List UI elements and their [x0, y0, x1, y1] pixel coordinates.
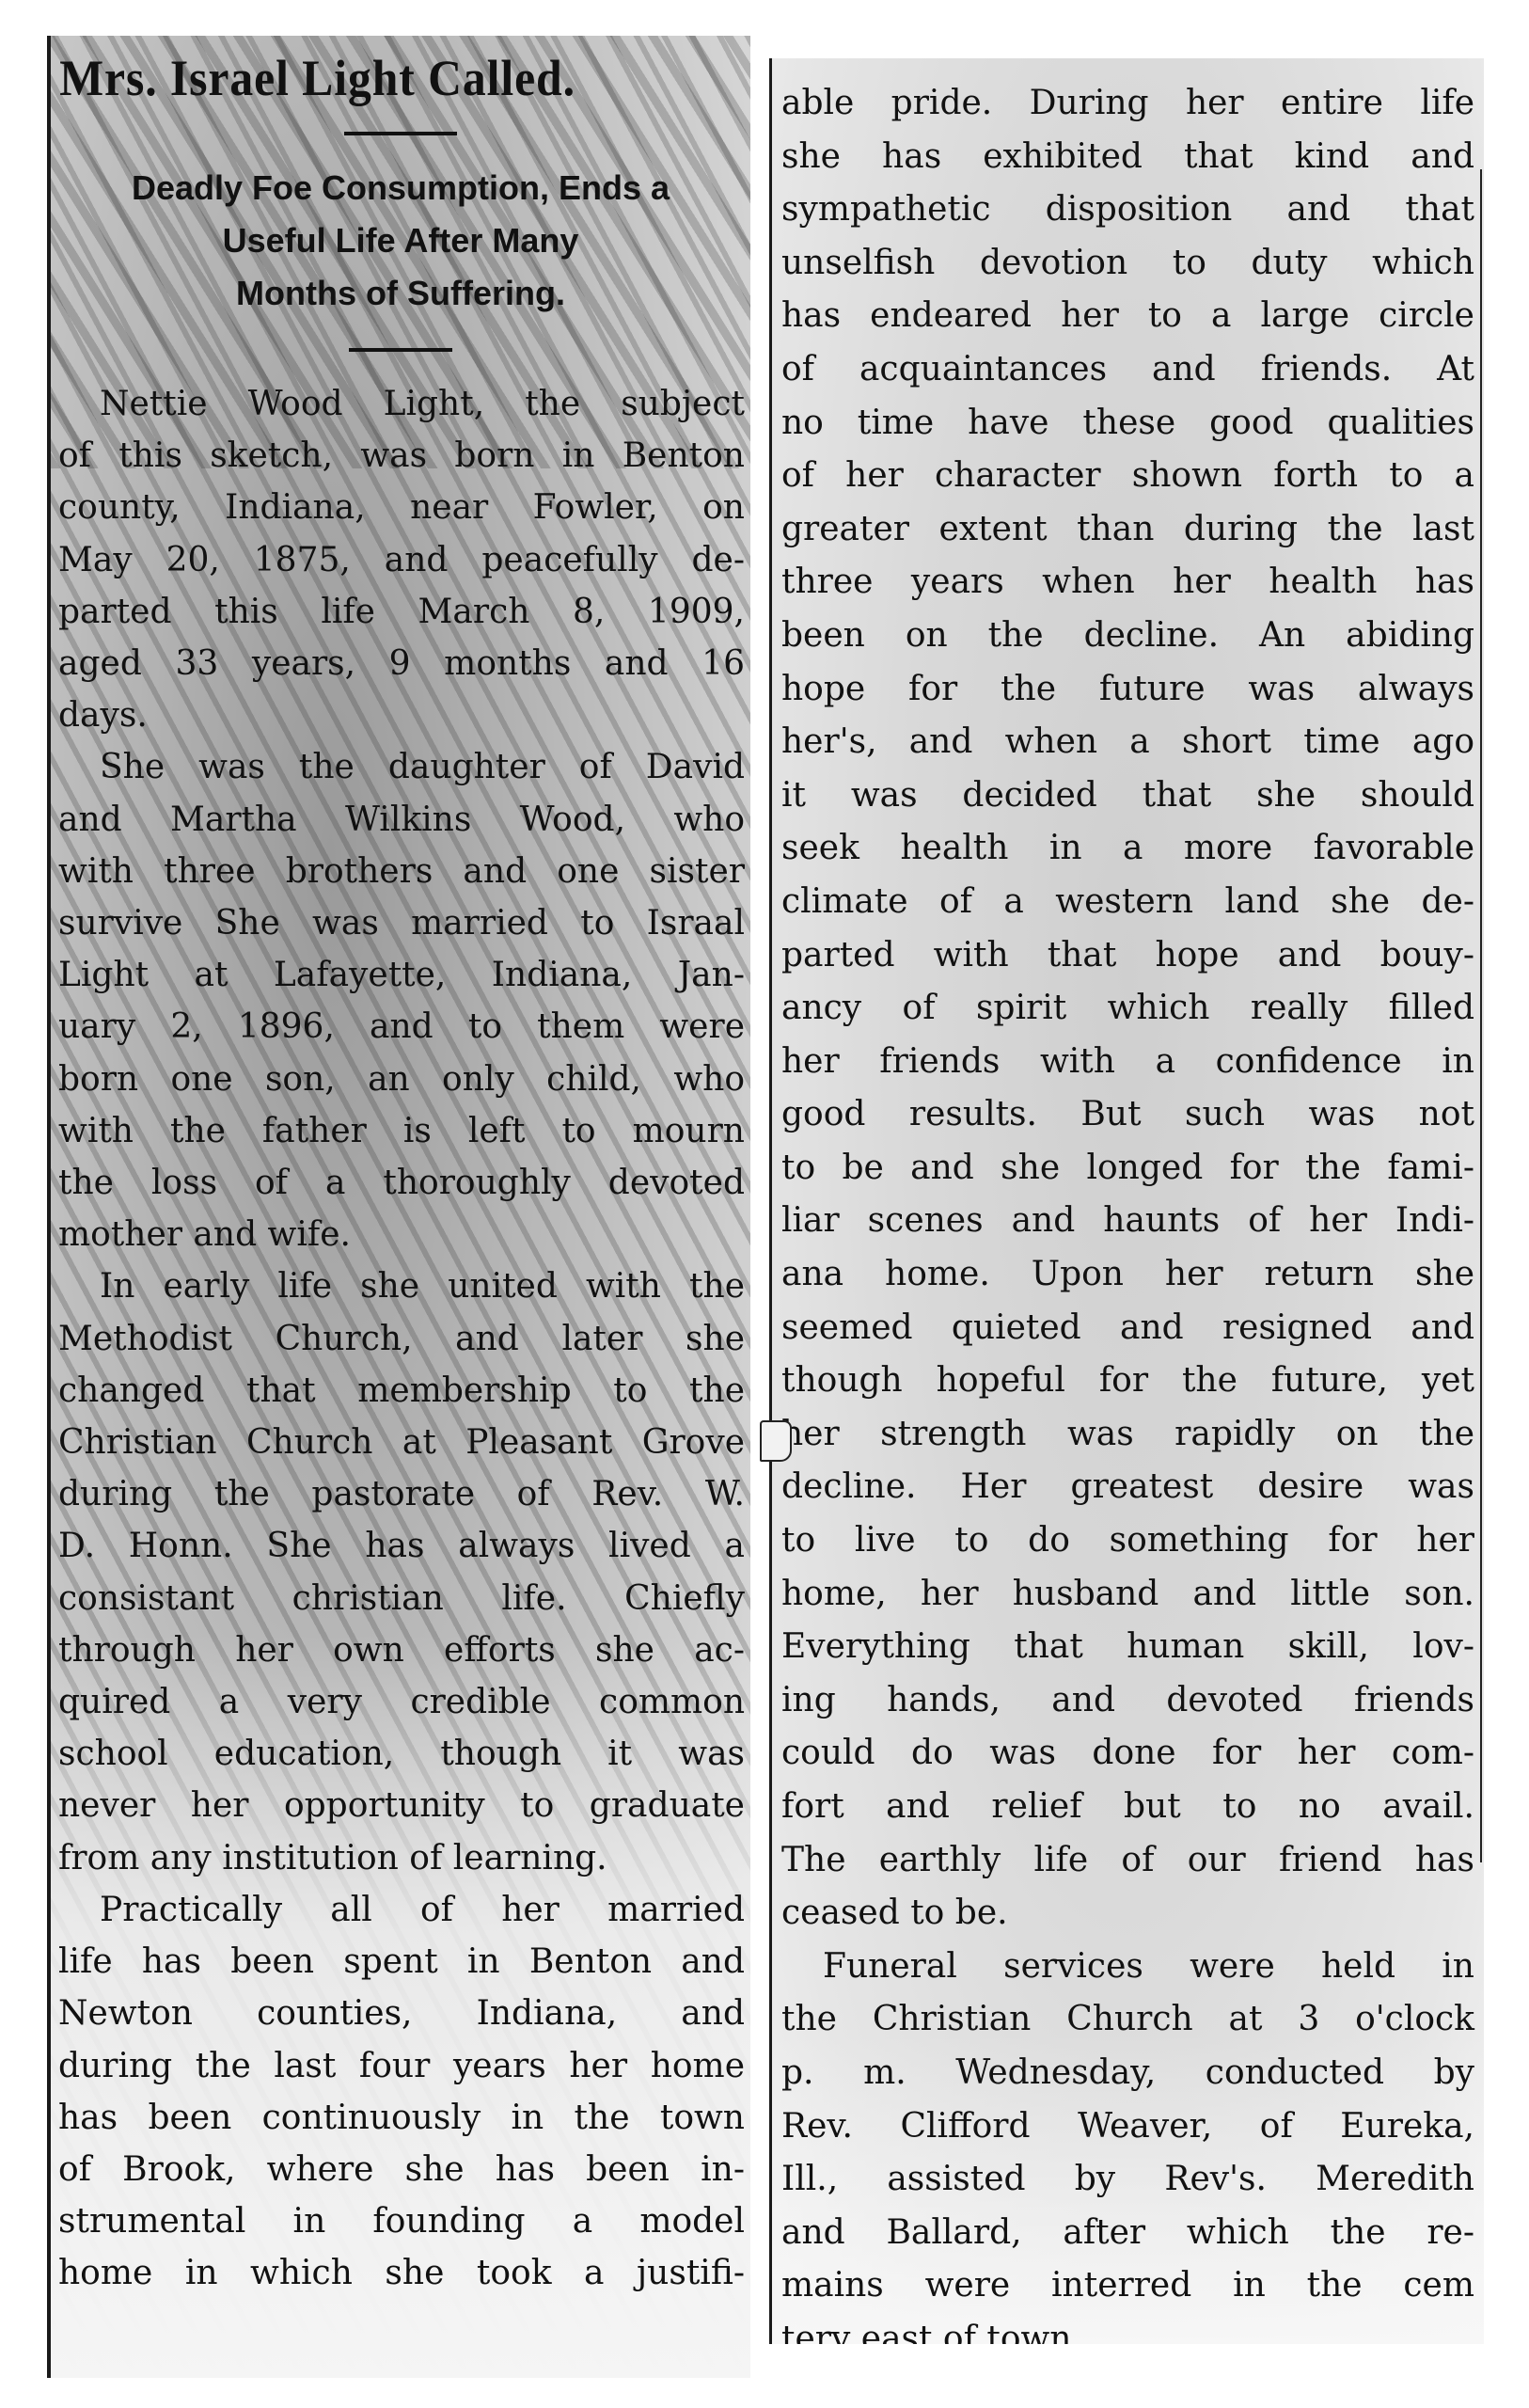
paper-tear-mark: [760, 1420, 792, 1462]
text-line: uary 2, 1896, and to them were: [58, 1001, 745, 1053]
text-line: good results. But such was not: [781, 1088, 1474, 1142]
article-headline: Mrs. Israel Light Called.: [51, 49, 694, 107]
text-line: Rev. Clifford Weaver, of Eureka,: [781, 2100, 1474, 2154]
paragraph-married-life: Practically all of her married life has …: [58, 1884, 745, 2300]
text-line: She was the daughter of David: [58, 741, 745, 793]
paragraph-funeral: Funeral services were held in the Christ…: [781, 1941, 1474, 2344]
text-line: it was decided that she should: [781, 769, 1474, 823]
text-line: Practically all of her married: [58, 1884, 745, 1936]
text-line: Funeral services were held in: [781, 1941, 1474, 1994]
text-line: the Christian Church at 3 o'clock: [781, 1993, 1474, 2047]
text-line: home, her husband and little son.: [781, 1568, 1474, 1622]
text-line: quired a very credible common: [58, 1676, 745, 1728]
text-line: no time have these good qualities: [781, 397, 1474, 451]
text-line: survive She was married to Israal: [58, 897, 745, 949]
text-line: strumental in founding a model: [58, 2195, 745, 2247]
text-line: days.: [58, 689, 745, 741]
paragraph-family: She was the daughter of David and Martha…: [58, 741, 745, 1260]
text-line: with three brothers and one sister: [58, 846, 745, 897]
text-line: through her own efforts she ac-: [58, 1624, 745, 1676]
text-line: she has exhibited that kind and: [781, 131, 1474, 184]
text-line: Light at Lafayette, Indiana, Jan-: [58, 949, 745, 1001]
subheadline-line: Months of Suffering.: [51, 267, 750, 320]
text-line: Nettie Wood Light, the subject: [58, 378, 745, 430]
headline-rule: [344, 132, 457, 135]
text-line: never her opportunity to graduate: [58, 1780, 745, 1831]
text-line: aged 33 years, 9 months and 16: [58, 638, 745, 689]
text-line: life has been spent in Benton and: [58, 1936, 745, 1988]
paragraph-church: In early life she united with the Method…: [58, 1260, 745, 1883]
text-line: changed that membership to the: [58, 1365, 745, 1417]
subheadline-line: Deadly Foe Consumption, Ends a: [51, 162, 750, 214]
text-line: ana home. Upon her return she: [781, 1248, 1474, 1302]
text-line: has endeared her to a large circle: [781, 290, 1474, 343]
text-line: three years when her health has: [781, 556, 1474, 610]
text-line: her's, and when a short time ago: [781, 716, 1474, 769]
text-line: of acquaintances and friends. At: [781, 343, 1474, 397]
text-line: with the father is left to mourn: [58, 1105, 745, 1157]
text-line: unselfish devotion to duty which: [781, 237, 1474, 291]
text-line: seemed quieted and resigned and: [781, 1302, 1474, 1355]
subheadline-rule: [349, 348, 452, 352]
text-line: to live to do something for her: [781, 1514, 1474, 1568]
text-line: climate of a western land she de-: [781, 876, 1474, 929]
text-line: ancy of spirit which really filled: [781, 982, 1474, 1036]
paragraph-character: able pride. During her entire life she h…: [781, 77, 1474, 1941]
text-line: and Ballard, after which the re-: [781, 2207, 1474, 2260]
text-line: of this sketch, was born in Benton: [58, 430, 745, 482]
text-line: greater extent than during the last: [781, 503, 1474, 557]
text-line: May 20, 1875, and peacefully de-: [58, 534, 745, 586]
text-line: The earthly life of our friend has: [781, 1834, 1474, 1888]
text-line: parted with that hope and bouy-: [781, 929, 1474, 983]
text-line: fort and relief but to no avail.: [781, 1781, 1474, 1834]
text-line: though hopeful for the future, yet: [781, 1354, 1474, 1408]
text-line: during the last four years her home: [58, 2040, 745, 2092]
text-line: born one son, an only child, who: [58, 1053, 745, 1105]
text-line: of Brook, where she has been in-: [58, 2144, 745, 2195]
text-line: from any institution of learning.: [58, 1832, 745, 1884]
text-line: liar scenes and haunts of her Indi-: [781, 1195, 1474, 1248]
text-line: sympathetic disposition and that: [781, 183, 1474, 237]
text-line: p. m. Wednesday, conducted by: [781, 2047, 1474, 2100]
text-line: mains were interred in the cem: [781, 2259, 1474, 2313]
text-line: Newton counties, Indiana, and: [58, 1988, 745, 2039]
text-line: to be and she longed for the fami-: [781, 1142, 1474, 1196]
text-line: mother and wife.: [58, 1209, 745, 1260]
text-line: and Martha Wilkins Wood, who: [58, 794, 745, 846]
text-line: decline. Her greatest desire was: [781, 1461, 1474, 1514]
clipping-right-column: able pride. During her entire life she h…: [769, 58, 1484, 2344]
text-line: ing hands, and devoted friends: [781, 1674, 1474, 1728]
subheadline-line: Useful Life After Many: [51, 214, 750, 267]
text-line: her friends with a confidence in: [781, 1036, 1474, 1089]
clipping-left-column: Mrs. Israel Light Called. Deadly Foe Con…: [47, 36, 750, 2378]
text-line: D. Honn. She has always lived a: [58, 1520, 745, 1572]
text-line: Methodist Church, and later she: [58, 1313, 745, 1365]
text-line: Ill., assisted by Rev's. Meredith: [781, 2153, 1474, 2207]
text-line: parted this life March 8, 1909,: [58, 586, 745, 638]
text-line: home in which she took a justifi-: [58, 2247, 745, 2299]
article-subheadline: Deadly Foe Consumption, Ends a Useful Li…: [51, 162, 750, 320]
text-line: ceased to be.: [781, 1887, 1474, 1941]
text-line: the loss of a thoroughly devoted: [58, 1157, 745, 1209]
text-line: hope for the future was always: [781, 663, 1474, 717]
text-line: consistant christian life. Chiefly: [58, 1573, 745, 1624]
text-line: her strength was rapidly on the: [781, 1408, 1474, 1462]
text-line: been on the decline. An abiding: [781, 610, 1474, 663]
left-column-body: Nettie Wood Light, the subject of this s…: [51, 378, 750, 2300]
text-line: county, Indiana, near Fowler, on: [58, 482, 745, 533]
text-line: could do was done for her com-: [781, 1727, 1474, 1781]
text-line: Christian Church at Pleasant Grove: [58, 1417, 745, 1468]
text-line: of her character shown forth to a: [781, 450, 1474, 503]
paragraph-birth: Nettie Wood Light, the subject of this s…: [58, 378, 745, 741]
text-line: Everything that human skill, lov-: [781, 1621, 1474, 1674]
text-line: tery east of town.: [781, 2313, 1474, 2344]
text-line: school education, though it was: [58, 1728, 745, 1780]
text-line: during the pastorate of Rev. W.: [58, 1468, 745, 1520]
text-line: In early life she united with the: [58, 1260, 745, 1312]
text-line: has been continuously in the town: [58, 2092, 745, 2144]
right-column-body: able pride. During her entire life she h…: [772, 58, 1484, 2344]
text-line: seek health in a more favorable: [781, 822, 1474, 876]
text-line: able pride. During her entire life: [781, 77, 1474, 131]
